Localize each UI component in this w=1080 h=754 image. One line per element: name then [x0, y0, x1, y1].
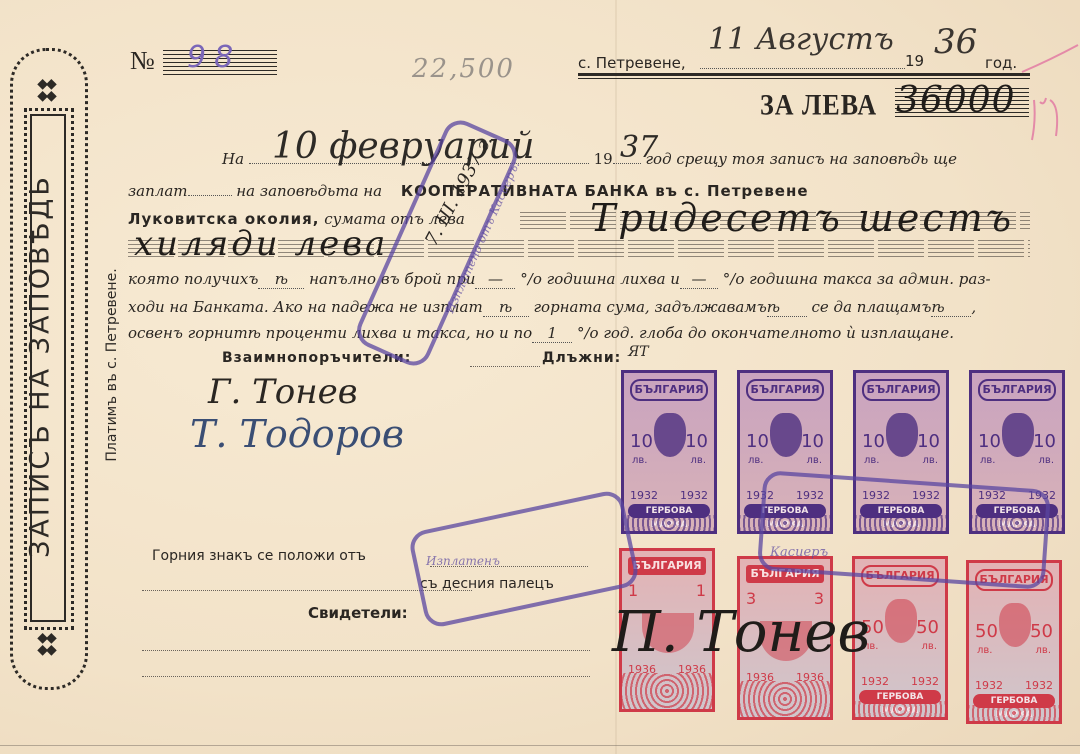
- penalty-field: 1: [532, 324, 572, 343]
- line2-dots: [188, 195, 232, 196]
- header-rule: [578, 73, 1030, 76]
- fee-value: —: [691, 270, 706, 288]
- stamp-value: 50: [916, 617, 939, 638]
- bottom-edge: [0, 745, 1080, 746]
- floral-ornament-icon: [855, 701, 945, 717]
- debtor-signature: П. Тонев: [612, 600, 870, 665]
- stamp-value: 1: [696, 581, 706, 600]
- stamp-unit: лв.: [1039, 455, 1054, 466]
- stamp-country: БЪЛГАРИЯ: [746, 379, 824, 401]
- stamp-value: 10: [685, 431, 708, 452]
- guarantor-signature-1: Г. Тонев: [208, 372, 358, 412]
- debtors-label: Длъжни:: [542, 350, 621, 366]
- line1-suffix: год срещу тоя записъ на заповѣдь ще: [645, 150, 957, 168]
- stamp-unit: лв.: [923, 455, 938, 466]
- stamp-unit: лв.: [1036, 645, 1051, 656]
- line5-field: ѣ: [931, 298, 971, 317]
- line5-hand: ѣ: [931, 298, 944, 316]
- amount-label: ЗА ЛЕВА: [760, 88, 877, 123]
- witnesses-label: Свидетели:: [308, 604, 408, 622]
- line5-field: ѣ: [767, 298, 807, 317]
- grape-ornament-icon: [624, 515, 714, 531]
- line1-prefix: На: [222, 150, 244, 168]
- stamp-unit: лв.: [977, 645, 992, 656]
- stamp-unit: лв.: [748, 455, 763, 466]
- stamp-unit: лв.: [922, 641, 937, 652]
- thumb-mark-label: Горния знакъ се положи отъ: [152, 548, 366, 564]
- number-label: №: [130, 46, 155, 76]
- debtors-dots: [470, 366, 540, 367]
- revenue-stamp-10lv: БЪЛГАРИЯ 10 10 лв. лв. 1932 1932 ГЕРБОВА…: [621, 370, 717, 534]
- stamp-country: БЪЛГАРИЯ: [862, 379, 940, 401]
- line4-field: ѣ: [258, 270, 304, 289]
- paid-stamp-text: Изплатенъ: [426, 554, 500, 568]
- floral-ornament-icon: [622, 673, 712, 709]
- crest-icon: [770, 413, 802, 457]
- issue-date: 11 Августъ: [708, 22, 894, 57]
- stamp-year: 1932: [1025, 679, 1053, 692]
- line5-field: ѣ: [483, 298, 529, 317]
- interest-field: —: [475, 270, 515, 289]
- issue-year: 36: [934, 22, 977, 62]
- stamp-value: 10: [1033, 431, 1056, 452]
- year-prefix: 19: [905, 52, 924, 70]
- body-line-6: освенъ горнитѣ проценти лихва и такса, н…: [128, 324, 954, 343]
- header-rule-thin: [578, 78, 1030, 79]
- debtors-hand: ЯТ: [628, 344, 649, 360]
- stamp-value: 10: [801, 431, 824, 452]
- guarantor-signature-2: Т. Тодоров: [190, 412, 404, 456]
- stamp-value: 10: [630, 431, 653, 452]
- amount-value: 36000: [896, 80, 1016, 121]
- place-prefix: с. Петревене,: [578, 54, 686, 72]
- pink-pencil-mark: [1020, 40, 1080, 150]
- stamp-country: БЪЛГАРИЯ: [978, 379, 1056, 401]
- paid-cancellation-stamp: [757, 470, 1051, 590]
- pencil-note: 22,500: [412, 54, 515, 84]
- line2-mid: на заповѣдьта на: [236, 182, 382, 200]
- payable-at-note: Платимъ въ с. Петревене.: [104, 268, 120, 461]
- line4-text: °/о годишна лихва и: [520, 270, 680, 288]
- stamp-unit: лв.: [632, 455, 647, 466]
- stamp-value: 10: [917, 431, 940, 452]
- line5-hand: ѣ: [767, 298, 780, 316]
- crest-icon: [886, 413, 918, 457]
- body-line-4: която получихъѣ напълно въ брой при— °/о…: [128, 270, 991, 289]
- body-line-5: ходи на Банката. Ако на падежа не изплат…: [128, 298, 976, 317]
- stamp-value: 10: [862, 431, 885, 452]
- stamp-country: БЪЛГАРИЯ: [630, 379, 708, 401]
- stamp-value: 50: [1030, 621, 1053, 642]
- line6-text: освенъ горнитѣ проценти лихва и такса, н…: [128, 324, 532, 342]
- line4-text: °/о годишна такса за админ. раз-: [723, 270, 991, 288]
- line4-hand: ѣ: [275, 270, 288, 288]
- line4-text: която получихъ: [128, 270, 258, 288]
- paid-stamp-subtext: Касиеръ: [770, 545, 828, 560]
- line1-year-prefix: 19: [594, 150, 613, 168]
- line5-text: ,: [971, 298, 976, 316]
- stamp-country: БЪЛГАРИЯ: [628, 557, 706, 575]
- line5-text: се да плащамъ: [812, 298, 932, 316]
- stamp-year: 1932: [630, 489, 658, 502]
- penalty-value: 1: [547, 324, 557, 342]
- diamond-ornament-icon: ◆◆◆◆: [30, 632, 62, 656]
- stamp-year: 1932: [911, 675, 939, 688]
- floral-ornament-icon: [740, 681, 830, 717]
- stamp-unit: лв.: [980, 455, 995, 466]
- due-year: 37: [620, 130, 658, 165]
- stamp-value: 10: [746, 431, 769, 452]
- date-dotted-line: [700, 68, 905, 69]
- crest-icon: [1002, 413, 1034, 457]
- stamp-value: 50: [975, 621, 998, 642]
- witness-line-2: [142, 676, 590, 677]
- stamp-value: 10: [978, 431, 1001, 452]
- stamp-year: 1932: [680, 489, 708, 502]
- stamp-year: 1932: [861, 675, 889, 688]
- stamp-year: 1932: [975, 679, 1003, 692]
- document-number: 98: [187, 40, 241, 75]
- crest-icon: [654, 413, 686, 457]
- line5-text: горната сума, задължавамъ: [533, 298, 766, 316]
- stamp-unit: лв.: [864, 455, 879, 466]
- amount-in-words-2: хиляди лева: [134, 224, 388, 264]
- floral-ornament-icon: [969, 705, 1059, 721]
- document-title: ЗАПИСЪ НА ЗАПОВѢДЬ: [25, 174, 56, 558]
- stamp-unit: лв.: [691, 455, 706, 466]
- stamp-unit: лв.: [807, 455, 822, 466]
- line6-text: °/о год. глоба до окончателното ѝ изплащ…: [577, 324, 954, 342]
- witness-line-1: [142, 650, 590, 651]
- crest-icon: [999, 603, 1031, 647]
- diamond-ornament-icon: ◆◆◆◆: [30, 78, 62, 102]
- line5-hand: ѣ: [499, 298, 512, 316]
- year-suffix: год.: [985, 54, 1017, 72]
- interest-value: —: [488, 270, 503, 288]
- fee-field: —: [680, 270, 718, 289]
- crest-icon: [885, 599, 917, 643]
- amount-in-words-1: Тридесетъ шестъ: [590, 196, 1014, 240]
- line2-prefix: заплат: [128, 182, 188, 200]
